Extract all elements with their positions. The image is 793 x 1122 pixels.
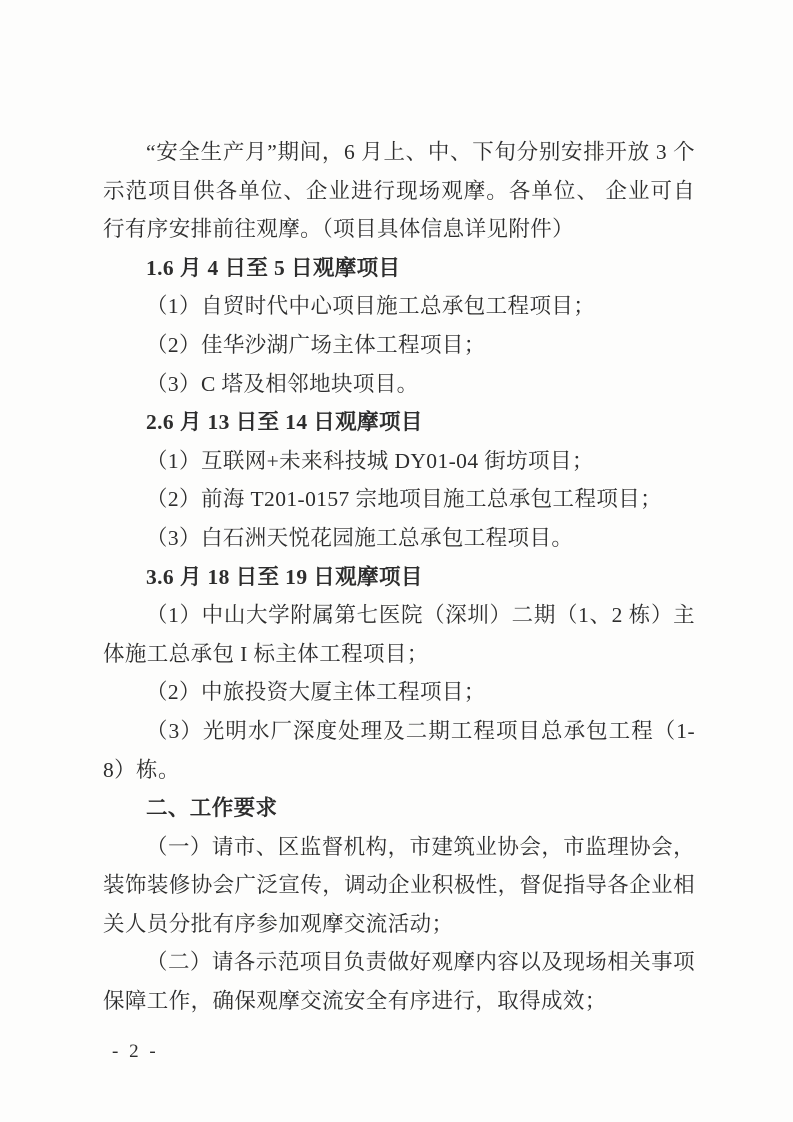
schedule-section-1-heading: 1.6 月 4 日至 5 日观摩项目 <box>103 249 695 288</box>
part-2-paragraph-1: （一）请市、区监督机构，市建筑业协会，市监理协会，装饰装修协会广泛宣传，调动企业… <box>103 828 695 944</box>
schedule-section-3-item-2: （2）中旅投资大厦主体工程项目； <box>103 673 695 712</box>
page-number: - 2 - <box>112 1041 159 1063</box>
schedule-section-3-heading: 3.6 月 18 日至 19 日观摩项目 <box>103 558 695 597</box>
document-body: “安全生产月”期间，6 月上、中、下旬分别安排开放 3 个示范项目供各单位、企业… <box>103 133 695 1021</box>
schedule-section-2-heading: 2.6 月 13 日至 14 日观摩项目 <box>103 403 695 442</box>
schedule-section-2-item-3: （3）白石洲天悦花园施工总承包工程项目。 <box>103 519 695 558</box>
part-2-paragraph-2: （二）请各示范项目负责做好观摩内容以及现场相关事项保障工作，确保观摩交流安全有序… <box>103 943 695 1020</box>
schedule-section-3-item-3: （3）光明水厂深度处理及二期工程项目总承包工程（1-8）栋。 <box>103 712 695 789</box>
schedule-section-1-item-3: （3）C 塔及相邻地块项目。 <box>103 365 695 404</box>
document-page: “安全生产月”期间，6 月上、中、下旬分别安排开放 3 个示范项目供各单位、企业… <box>0 0 793 1122</box>
part-2-heading: 二、工作要求 <box>103 789 695 828</box>
schedule-section-2-item-2: （2）前海 T201-0157 宗地项目施工总承包工程项目； <box>103 480 695 519</box>
schedule-section-2-item-1: （1）互联网+未来科技城 DY01-04 街坊项目； <box>103 442 695 481</box>
schedule-section-3-item-1: （1）中山大学附属第七医院（深圳）二期（1、2 栋）主体施工总承包 I 标主体工… <box>103 596 695 673</box>
schedule-section-1-item-2: （2）佳华沙湖广场主体工程项目； <box>103 326 695 365</box>
schedule-section-1-item-1: （1）自贸时代中心项目施工总承包工程项目； <box>103 287 695 326</box>
intro-paragraph: “安全生产月”期间，6 月上、中、下旬分别安排开放 3 个示范项目供各单位、企业… <box>103 133 695 249</box>
